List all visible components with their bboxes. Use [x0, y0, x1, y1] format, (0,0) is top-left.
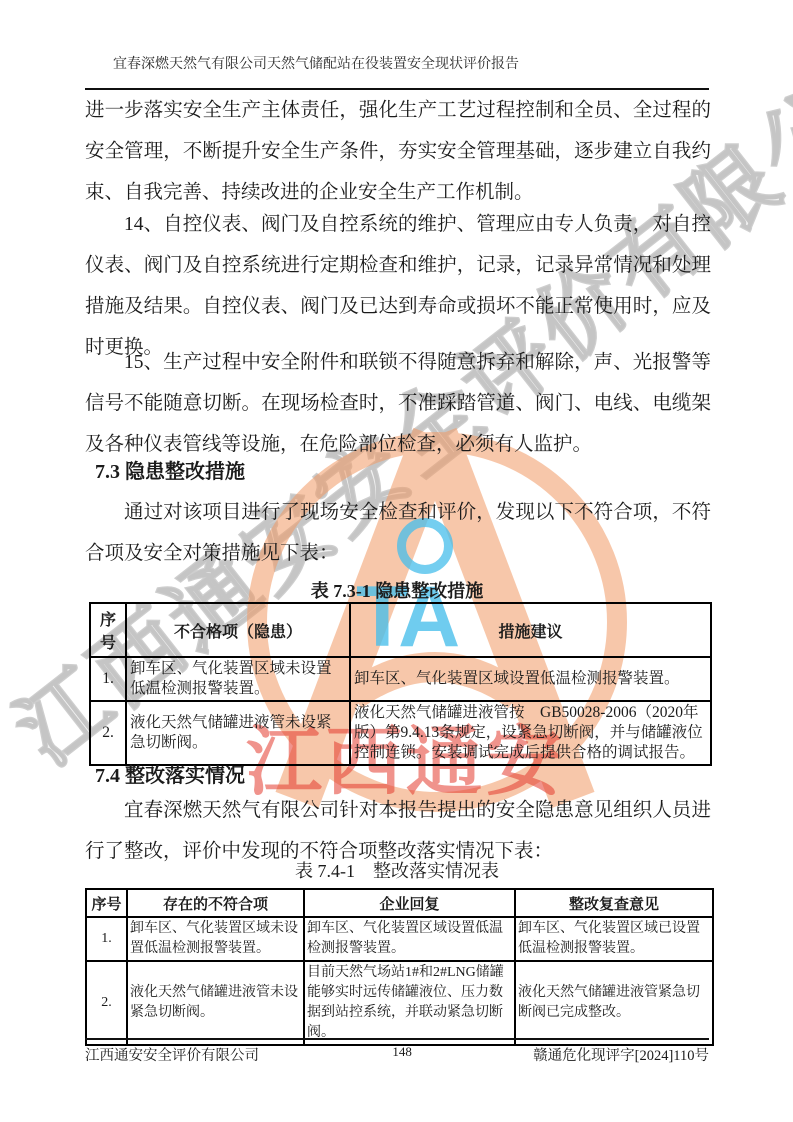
cell-suggestion: 卸车区、气化装置区域设置低温检测报警装置。	[350, 657, 711, 701]
cell-seq: 2.	[90, 701, 126, 765]
col-header-existing-nonconformity: 存在的不符合项	[127, 889, 304, 917]
table-7-3-1-caption: 表 7.3-1 隐患整改措施	[85, 577, 709, 603]
body-paragraph-continued: 进一步落实安全生产主体责任，强化生产工艺过程控制和全员、全过程的安全管理，不断提…	[85, 90, 711, 213]
page-footer: 江西通安安全评价有限公司 148 赣通危化现评字[2024]110号	[85, 1044, 709, 1065]
cell-nonconformity: 液化天然气储罐进液管未设紧急切断阀。	[126, 701, 350, 765]
col-header-company-reply: 企业回复	[304, 889, 515, 917]
footer-rule	[85, 1038, 709, 1040]
col-header-nonconformity: 不合格项（隐患）	[126, 603, 350, 657]
cell-existing-nonconformity: 卸车区、气化装置区域未设置低温检测报警装置。	[127, 917, 304, 961]
rectification-implementation-table: 序号 存在的不符合项 企业回复 整改复查意见 1. 卸车区、气化装置区域未设置低…	[85, 888, 714, 1046]
cell-seq: 1.	[86, 917, 127, 961]
cell-suggestion: 液化天然气储罐进液管按 GB50028-2006（2020年版）第9.4.13条…	[350, 701, 711, 765]
table-row: 1. 卸车区、气化装置区域未设置低温检测报警装置。 卸车区、气化装置区域设置低温…	[90, 657, 711, 701]
table-row: 2. 液化天然气储罐进液管未设紧急切断阀。 液化天然气储罐进液管按 GB5002…	[90, 701, 711, 765]
cell-nonconformity: 卸车区、气化装置区域未设置低温检测报警装置。	[126, 657, 350, 701]
cell-seq: 2.	[86, 961, 127, 1045]
footer-doc-number: 赣通危化现评字[2024]110号	[533, 1044, 709, 1065]
report-page: 江西通安安全评价有限公司 TA 江西通安 宜春深燃天然气有限公司天然气储配站在役…	[0, 0, 793, 1122]
table-row: 2. 液化天然气储罐进液管未设紧急切断阀。 目前天然气场站1#和2#LNG储罐能…	[86, 961, 713, 1045]
section-heading-7-4: 7.4 整改落实情况	[95, 759, 245, 788]
cell-existing-nonconformity: 液化天然气储罐进液管未设紧急切断阀。	[127, 961, 304, 1045]
body-paragraph-item-15: 15、生产过程中安全附件和联锁不得随意拆弃和解除，声、光报警等信号不能随意切断。…	[85, 342, 711, 465]
table-7-4-1-caption: 表 7.4-1 整改落实情况表	[85, 857, 709, 883]
col-header-seq: 序号	[86, 889, 127, 917]
section-7-3-intro: 通过对该项目进行了现场安全检查和评价，发现以下不符合项，不符合项及安全对策措施见…	[85, 492, 711, 574]
col-header-review-opinion: 整改复查意见	[515, 889, 713, 917]
table-row: 1. 卸车区、气化装置区域未设置低温检测报警装置。 卸车区、气化装置区域设置低温…	[86, 917, 713, 961]
section-heading-7-3: 7.3 隐患整改措施	[95, 455, 245, 484]
cell-review-opinion: 卸车区、气化装置区域已设置低温检测报警装置。	[515, 917, 713, 961]
col-header-suggestion: 措施建议	[350, 603, 711, 657]
report-header-title: 宜春深燃天然气有限公司天然气储配站在役装置安全现状评价报告	[113, 53, 519, 73]
cell-seq: 1.	[90, 657, 126, 701]
table-header-row: 序号 不合格项（隐患） 措施建议	[90, 603, 711, 657]
table-header-row: 序号 存在的不符合项 企业回复 整改复查意见	[86, 889, 713, 917]
footer-company: 江西通安安全评价有限公司	[85, 1044, 259, 1065]
cell-company-reply: 卸车区、气化装置区域设置低温检测报警装置。	[304, 917, 515, 961]
cell-company-reply: 目前天然气场站1#和2#LNG储罐能够实时远传储罐液位、压力数据到站控系统，并联…	[304, 961, 515, 1045]
col-header-seq: 序号	[90, 603, 126, 657]
page-number: 148	[392, 1044, 412, 1060]
cell-review-opinion: 液化天然气储罐进液管紧急切断阀已完成整改。	[515, 961, 713, 1045]
hazard-rectification-table: 序号 不合格项（隐患） 措施建议 1. 卸车区、气化装置区域未设置低温检测报警装…	[89, 602, 712, 766]
